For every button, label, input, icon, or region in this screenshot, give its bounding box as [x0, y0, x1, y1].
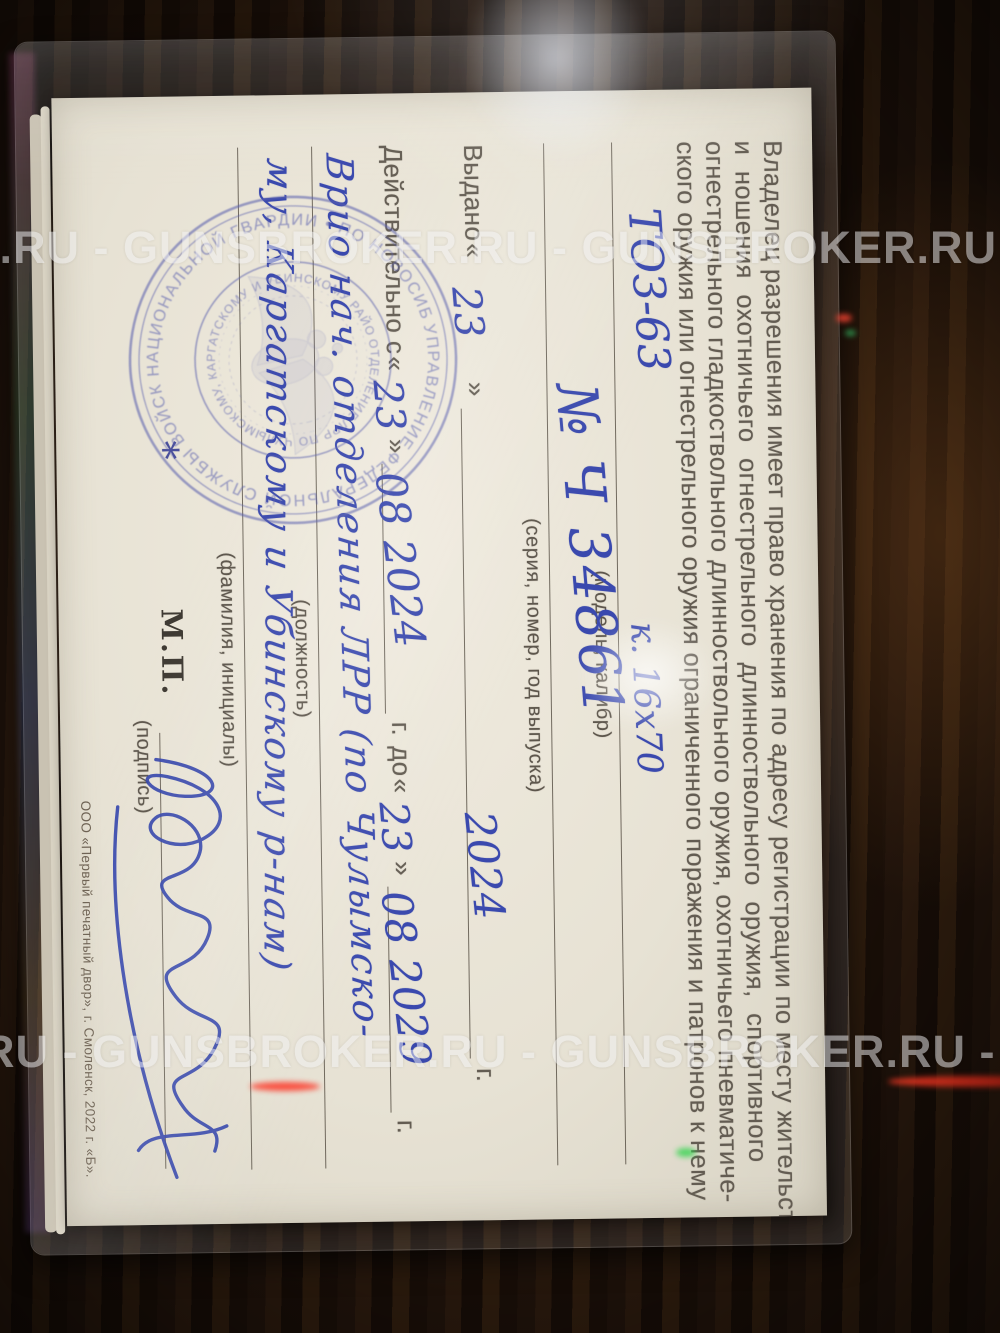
- ink-stamp: УПРАВЛЕНИЕ ФЕДЕРАЛЬНОЙ СЛУЖБЫ ВОЙСК НАЦИ…: [85, 152, 501, 568]
- valid-to-label: до: [385, 746, 416, 777]
- handwritten-issued-year: 2024: [455, 809, 515, 922]
- quote-open: «: [386, 778, 417, 793]
- sleeve-glare: [578, 618, 718, 733]
- red-reflection: [250, 1082, 320, 1091]
- handwritten-valid-to-day: 23: [382, 801, 406, 854]
- year-suffix: г.: [391, 1120, 422, 1135]
- red-reflection: [836, 314, 852, 322]
- mp-seal-label: М.П.: [154, 608, 189, 696]
- issued-fill-line: 2024: [461, 408, 505, 1058]
- quote-close: »: [387, 861, 418, 876]
- watermark-bottom: RU - GUNSBROKER.RU - GUNSBROKER.RU - G: [0, 1026, 1000, 1078]
- green-reflection: [845, 330, 856, 336]
- form-row-issued: Выдано « 23 » 2024 г.: [457, 144, 505, 1082]
- year-suffix: г.: [385, 722, 416, 737]
- watermark-top: R.RU - GUNSBROKER.RU - GUNSBROKER.RU: [0, 222, 997, 274]
- photo-of-permit-on-wood-table: Владелец разрешения имеет право хранения…: [0, 0, 1000, 1333]
- valid-to-fill-line: 08 2029: [387, 886, 425, 1112]
- green-reflection: [676, 1148, 696, 1157]
